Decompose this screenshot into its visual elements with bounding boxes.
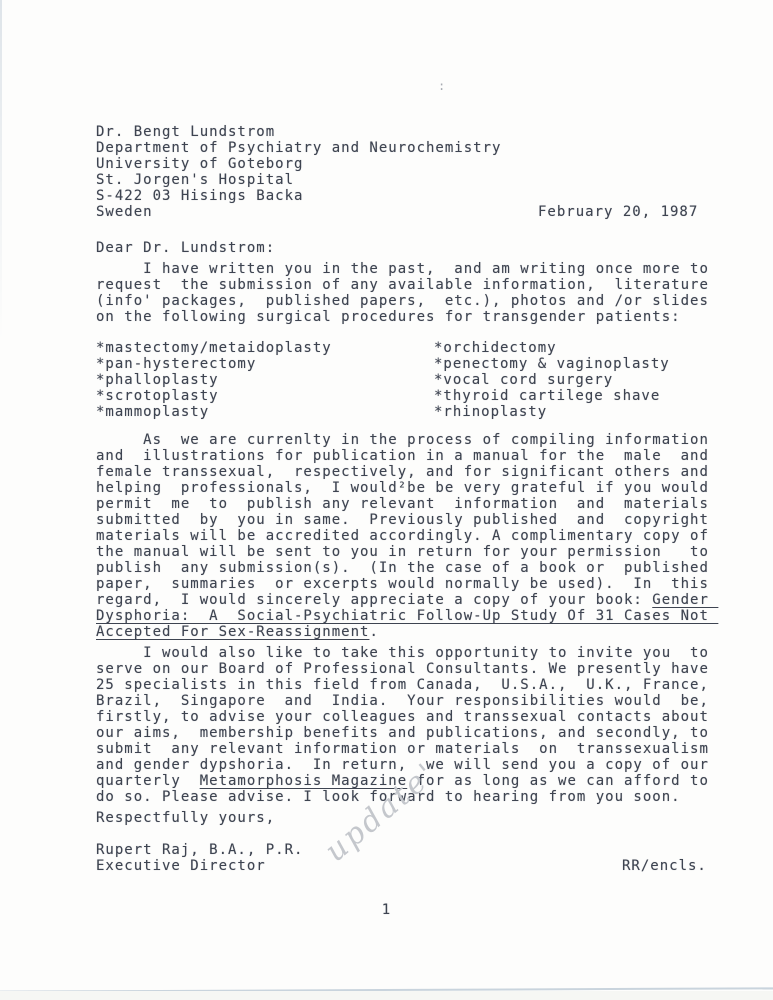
text-segment: . — [369, 624, 378, 640]
text-line: materials will be accredited accordingly… — [96, 528, 718, 544]
paper-left-edge — [0, 0, 2, 340]
text-segment: for as long as we can afford to — [407, 773, 709, 789]
text-line: serve on our Board of Professional Consu… — [96, 661, 709, 677]
text-segment: As we are currenlty in the process of co… — [96, 432, 709, 448]
text-segment: submit any relevant information or mater… — [96, 741, 709, 757]
recipient-address: Dr. Bengt LundstromDepartment of Psychia… — [96, 124, 501, 220]
text-line: Accepted For Sex-Reassignment. — [96, 624, 718, 640]
text-segment: I have written you in the past, and am w… — [96, 261, 709, 277]
text-segment: I would also like to take this opportuni… — [96, 645, 709, 661]
text-line: *scrotoplasty — [96, 388, 332, 404]
text-segment: submitted by you in same. Previously pub… — [96, 512, 709, 528]
text-segment: materials will be accredited accordingly… — [96, 528, 709, 544]
text-line: submit any relevant information or mater… — [96, 741, 709, 757]
body-paragraph-1: I have written you in the past, and am w… — [96, 261, 709, 325]
letter-date: February 20, 1987 — [538, 204, 698, 220]
text-line: firstly, to advise your colleagues and t… — [96, 709, 709, 725]
stray-scan-mark: : — [438, 78, 445, 94]
text-line: (info' packages, published papers, etc.)… — [96, 293, 709, 309]
text-line: S-422 03 Hisings Backa — [96, 188, 501, 204]
text-segment: paper, summaries or excerpts would norma… — [96, 576, 709, 592]
text-line: Dysphoria: A Social-Psychiatric Follow-U… — [96, 608, 718, 624]
underlined-text: Accepted For Sex-Reassignment — [96, 624, 369, 640]
text-segment: (info' packages, published papers, etc.)… — [96, 293, 709, 309]
signatory-title: Executive Director — [96, 858, 266, 874]
page-number: 1 — [0, 902, 773, 918]
text-line: *pan-hysterectomy — [96, 356, 332, 372]
text-line: St. Jorgen's Hospital — [96, 172, 501, 188]
text-segment: 25 specialists in this field from Canada… — [96, 677, 709, 693]
text-line: Sweden — [96, 204, 501, 220]
underlined-text: Gender — [652, 592, 718, 608]
text-line: 25 specialists in this field from Canada… — [96, 677, 709, 693]
text-line: Department of Psychiatry and Neurochemis… — [96, 140, 501, 156]
scan-background-below-page — [0, 991, 773, 1000]
letter-page: : Dr. Bengt LundstromDepartment of Psych… — [0, 0, 773, 1000]
text-line: paper, summaries or excerpts would norma… — [96, 576, 718, 592]
text-line: I would also like to take this opportuni… — [96, 645, 709, 661]
text-line: submitted by you in same. Previously pub… — [96, 512, 718, 528]
text-line: Brazil, Singapore and India. Your respon… — [96, 693, 709, 709]
text-line: *mastectomy/metaidoplasty — [96, 340, 332, 356]
text-line: and illustrations for publication in a m… — [96, 448, 718, 464]
text-segment: female transsexual, respectively, and fo… — [96, 464, 709, 480]
text-line: request the submission of any available … — [96, 277, 709, 293]
text-line: *vocal cord surgery — [434, 372, 670, 388]
underlined-text: Dysphoria: A Social-Psychiatric Follow-U… — [96, 608, 718, 624]
text-line: As we are currenlty in the process of co… — [96, 432, 718, 448]
valediction: Respectfully yours, — [96, 810, 275, 826]
underlined-text: Metamorphosis Magazine — [200, 773, 407, 789]
text-line: *orchidectomy — [434, 340, 670, 356]
text-line: *rhinoplasty — [434, 404, 670, 420]
signatory-name: Rupert Raj, B.A., P.R. — [96, 842, 303, 858]
text-segment: helping professionals, I would²be be ver… — [96, 480, 709, 496]
text-line: our aims, membership benefits and public… — [96, 725, 709, 741]
text-line: publish any submission(s). (In the case … — [96, 560, 718, 576]
text-line: helping professionals, I would²be be ver… — [96, 480, 718, 496]
reference-initials: RR/encls. — [622, 858, 707, 874]
procedures-list-left: *mastectomy/metaidoplasty*pan-hysterecto… — [96, 340, 332, 420]
text-line: *phalloplasty — [96, 372, 332, 388]
text-segment: regard, I would sincerely appreciate a c… — [96, 592, 652, 608]
text-segment: and illustrations for publication in a m… — [96, 448, 709, 464]
text-line: permit me to publish any relevant inform… — [96, 496, 718, 512]
text-segment: firstly, to advise your colleagues and t… — [96, 709, 709, 725]
text-segment: the manual will be sent to you in return… — [96, 544, 709, 560]
text-segment: on the following surgical procedures for… — [96, 309, 681, 325]
text-line: *penectomy & vaginoplasty — [434, 356, 670, 372]
text-line: regard, I would sincerely appreciate a c… — [96, 592, 718, 608]
text-segment: our aims, membership benefits and public… — [96, 725, 709, 741]
text-line: *thyroid cartilege shave — [434, 388, 670, 404]
text-segment: publish any submission(s). (In the case … — [96, 560, 709, 576]
text-line: the manual will be sent to you in return… — [96, 544, 718, 560]
text-line: I have written you in the past, and am w… — [96, 261, 709, 277]
text-segment: quarterly — [96, 773, 200, 789]
text-line: Dr. Bengt Lundstrom — [96, 124, 501, 140]
text-line: *mammoplasty — [96, 404, 332, 420]
text-line: University of Goteborg — [96, 156, 501, 172]
text-line: female transsexual, respectively, and fo… — [96, 464, 718, 480]
text-segment: request the submission of any available … — [96, 277, 709, 293]
text-line: on the following surgical procedures for… — [96, 309, 709, 325]
procedures-list-right: *orchidectomy*penectomy & vaginoplasty*v… — [434, 340, 670, 420]
salutation: Dear Dr. Lundstrom: — [96, 240, 275, 256]
text-segment: Brazil, Singapore and India. Your respon… — [96, 693, 709, 709]
body-paragraph-2: As we are currenlty in the process of co… — [96, 432, 718, 640]
text-segment: permit me to publish any relevant inform… — [96, 496, 709, 512]
text-segment: serve on our Board of Professional Consu… — [96, 661, 709, 677]
